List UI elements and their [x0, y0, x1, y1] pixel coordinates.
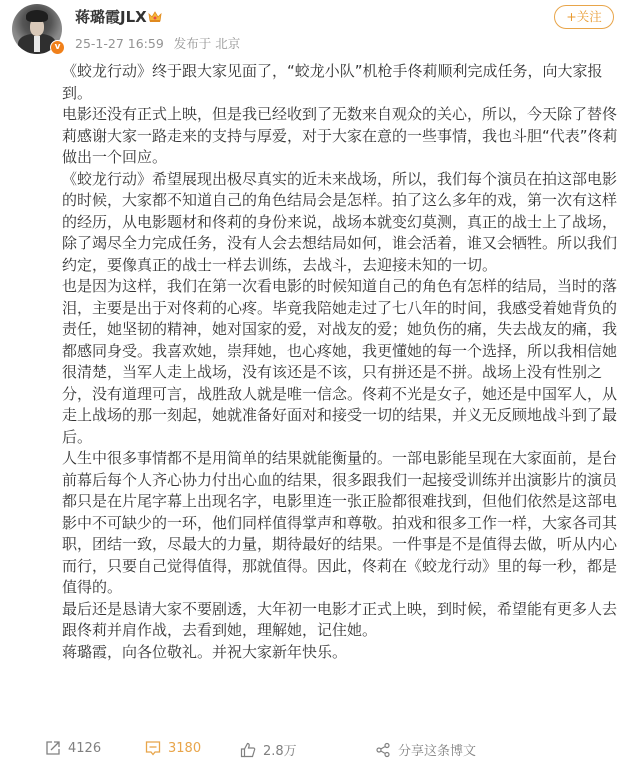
post-meta: 25-1-27 16:59 发布于 北京 — [75, 34, 246, 52]
repost-icon — [45, 740, 61, 756]
comment-button[interactable]: 3180 — [145, 740, 201, 756]
action-bar: 4126 3180 2.8万 分享这条博文 — [0, 737, 633, 763]
paragraph: 也是因为这样，我们在第一次看电影的时候知道自己的角色有怎样的结局，当时的落泪，主… — [62, 276, 622, 448]
crown-icon — [148, 10, 162, 23]
follow-button[interactable]: +关注 — [554, 5, 614, 29]
comment-icon — [145, 740, 161, 756]
post-location: 发布于 北京 — [174, 36, 240, 51]
post-time[interactable]: 25-1-27 16:59 — [75, 36, 164, 51]
post-header: v 蒋璐霞JLX 25-1-27 16:59 发布于 北京 +关注 — [0, 0, 633, 60]
paragraph: 最后还是恳请大家不要剧透，大年初一电影才正式上映，到时候，希望能有更多人去跟佟莉… — [62, 599, 622, 642]
repost-count: 4126 — [68, 741, 101, 756]
paragraph: 电影还没有正式上映，但是我已经收到了无数来自观众的关心，所以，今天除了替佟莉感谢… — [62, 104, 622, 169]
share-label: 分享这条博文 — [398, 740, 476, 759]
avatar-hair — [26, 10, 48, 22]
author-name[interactable]: 蒋璐霞JLX — [75, 6, 147, 27]
like-button[interactable]: 2.8万 — [240, 740, 297, 759]
thumbs-up-icon — [240, 742, 256, 758]
repost-button[interactable]: 4126 — [45, 740, 101, 756]
paragraph: 《蛟龙行动》终于跟大家见面了，“蛟龙小队”机枪手佟莉顺利完成任务，向大家报到。 — [62, 61, 622, 104]
paragraph: 蒋璐霞，向各位敬礼。并祝大家新年快乐。 — [62, 642, 622, 664]
share-icon — [375, 742, 391, 758]
post-content: 《蛟龙行动》终于跟大家见面了，“蛟龙小队”机枪手佟莉顺利完成任务，向大家报到。 … — [62, 61, 622, 663]
comment-count: 3180 — [168, 741, 201, 756]
avatar-shirt — [34, 36, 40, 52]
verified-badge-icon: v — [50, 40, 65, 55]
paragraph: 《蛟龙行动》希望展现出极尽真实的近未来战场，所以，我们每个演员在拍这部电影的时候… — [62, 169, 622, 277]
share-button[interactable]: 分享这条博文 — [375, 740, 476, 759]
paragraph: 人生中很多事情都不是用简单的结果就能衡量的。一部电影能呈现在大家面前，是台前幕后… — [62, 448, 622, 599]
like-count: 2.8万 — [263, 740, 297, 759]
